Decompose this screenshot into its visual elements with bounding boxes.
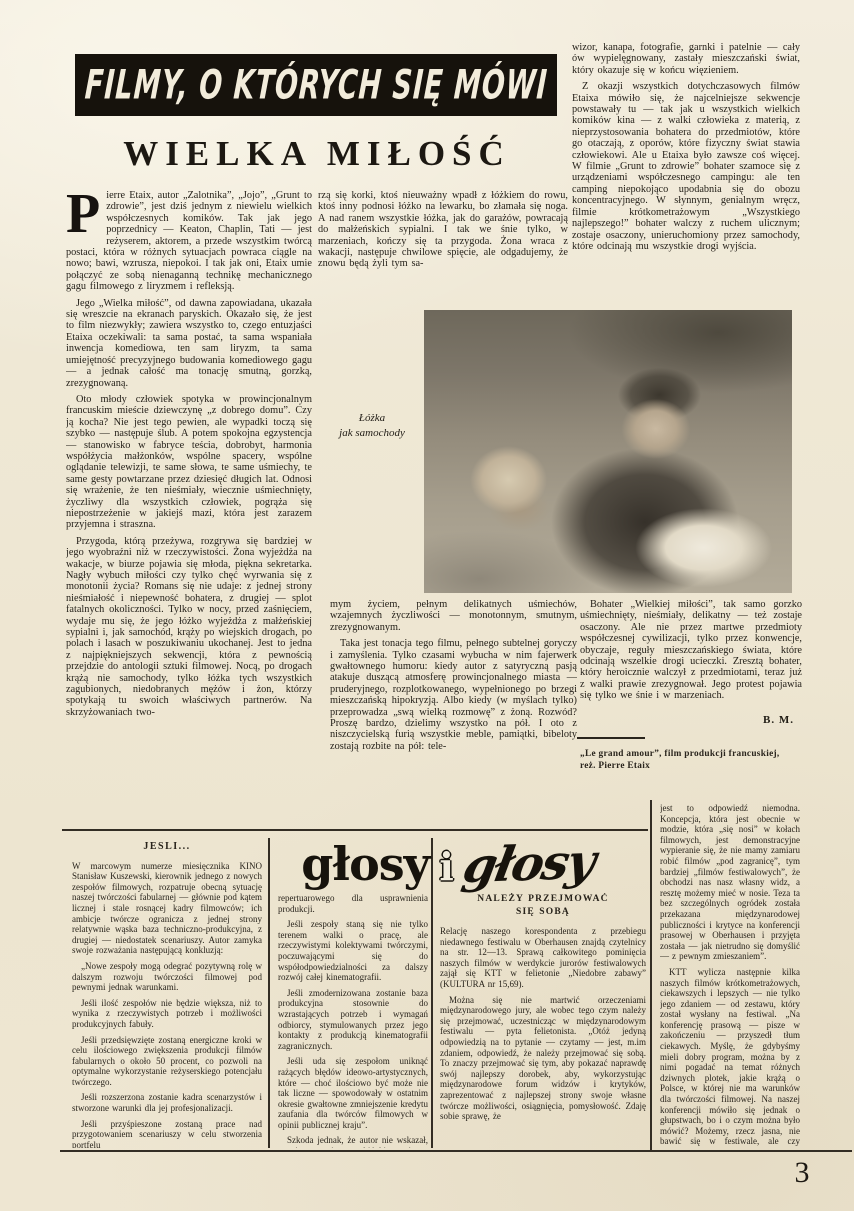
bottom-column-2: repertuarowego dla usprawnienia produkcj… xyxy=(278,893,428,1148)
article-column-3-bottom: Bohater „Wielkiej miłości”, tak samo gor… xyxy=(580,599,802,717)
paragraph: Oto młody człowiek spotyka w prowincjona… xyxy=(66,394,312,531)
paragraph: Relację naszego korespondenta z przebieg… xyxy=(440,926,646,990)
article-column-1: Pierre Etaix, autor „Zalotnika”, „Jojo”,… xyxy=(66,190,312,778)
paragraph: Pierre Etaix, autor „Zalotnika”, „Jojo”,… xyxy=(66,190,312,293)
paragraph: Jeśli przyśpieszone zostaną prace nad pr… xyxy=(72,1119,262,1148)
bottom-section-top-rule xyxy=(62,829,648,831)
paragraph: Jeśli uda się zespołom uniknąć rażących … xyxy=(278,1056,428,1130)
paragraph: Z okazji wszystkich dotychczasowych film… xyxy=(572,81,800,252)
footnote-line: „Le grand amour”, film produkcji francus… xyxy=(580,748,806,760)
page-bottom-rule xyxy=(60,1150,852,1152)
photo-caption-line: Łóżka xyxy=(316,411,428,426)
paragraph: Przygoda, którą przeżywa, rozgrywa się b… xyxy=(66,536,312,719)
article-column-2-top: rzą się korki, ktoś nieuważny wpadł z łó… xyxy=(318,190,568,330)
paragraph-text: ierre Etaix, autor „Zalotnika”, „Jojo”, … xyxy=(66,190,312,292)
footnote-line: reż. Pierre Etaix xyxy=(580,760,806,772)
paragraph: „Nowe zespoły mogą odegrać pozytywną rol… xyxy=(72,961,262,993)
author-signature: B. M. xyxy=(580,714,794,726)
logo-word-script: głosy xyxy=(458,834,598,894)
bottom-column-4: jest to odpowiedź niemodna. Koncepcja, k… xyxy=(660,803,800,1148)
paragraph: Jeśli przedsięwzięte zostaną energiczne … xyxy=(72,1035,262,1088)
bottom-column-jesli: JEŚLI... W marcowym numerze miesięcznika… xyxy=(72,842,262,1148)
paragraph: jest to odpowiedź niemodna. Koncepcja, k… xyxy=(660,803,800,962)
paragraph: Można się nie martwić orzeczeniami międz… xyxy=(440,995,646,1122)
section-banner-title: FILMY, O KTÓRYCH SIĘ MÓWI xyxy=(83,62,548,109)
paragraph: Szkoda jednak, że autor nie wskazał, czy… xyxy=(278,1135,428,1148)
paragraph: rzą się korki, ktoś nieuważny wpadł z łó… xyxy=(318,190,568,270)
article-column-2-bottom: mym życiem, pełnym delikatnych uśmiechów… xyxy=(330,599,577,781)
drop-cap: P xyxy=(66,192,100,236)
column-divider xyxy=(650,800,652,1150)
column-header-line: NALEŻY PRZEJMOWAĆ xyxy=(440,893,646,906)
column-header: JEŚLI... xyxy=(72,842,262,853)
paragraph: Jeśli rozszerzona zostanie kadra scenarz… xyxy=(72,1092,262,1113)
section-banner: FILMY, O KTÓRYCH SIĘ MÓWI xyxy=(75,54,557,116)
paragraph: repertuarowego dla usprawnienia produkcj… xyxy=(278,893,428,914)
film-credit-footnote: „Le grand amour”, film produkcji francus… xyxy=(580,748,806,772)
glosy-i-glosy-logo: głosy i głosy xyxy=(282,836,612,898)
article-title: WIELKA MIŁOŚĆ xyxy=(66,134,568,174)
paragraph: mym życiem, pełnym delikatnych uśmiechów… xyxy=(330,599,577,633)
column-divider xyxy=(268,838,270,1148)
film-still-photo xyxy=(424,310,792,593)
paragraph: Jeśli zmodernizowana zostanie baza produ… xyxy=(278,988,428,1052)
paragraph: Jeśli zespoły staną się nie tylko terene… xyxy=(278,919,428,983)
photo-caption: Łóżka jak samochody xyxy=(316,411,428,441)
page-number: 3 xyxy=(782,1156,822,1190)
magazine-page: FILMY, O KTÓRYCH SIĘ MÓWI WIELKA MIŁOŚĆ … xyxy=(0,0,854,1211)
paragraph: Bohater „Wielkiej miłości”, tak samo gor… xyxy=(580,599,802,702)
article-column-3-top: wizor, kanapa, fotografie, garnki i pate… xyxy=(572,42,800,304)
logo-conjunction: i xyxy=(439,844,453,889)
paragraph: Jego „Wielka miłość”, od dawna zapowiada… xyxy=(66,298,312,389)
column-header-line: SIĘ SOBĄ xyxy=(440,906,646,919)
paragraph: wizor, kanapa, fotografie, garnki i pate… xyxy=(572,42,800,76)
paragraph: Taka jest tonacja tego filmu, pełnego su… xyxy=(330,638,577,752)
logo-word: głosy xyxy=(301,837,429,891)
column-header: NALEŻY PRZEJMOWAĆ SIĘ SOBĄ xyxy=(440,893,646,919)
paragraph: Jeśli ilość zespołów nie będzie większa,… xyxy=(72,998,262,1030)
paragraph: KTT wylicza następnie kilka naszych film… xyxy=(660,967,800,1148)
photo-caption-line: jak samochody xyxy=(316,426,428,441)
bottom-column-nalezy: NALEŻY PRZEJMOWAĆ SIĘ SOBĄ Relację nasze… xyxy=(440,893,646,1148)
footnote-rule xyxy=(577,737,645,739)
paragraph: W marcowym numerze miesięcznika KINO Sta… xyxy=(72,861,262,956)
